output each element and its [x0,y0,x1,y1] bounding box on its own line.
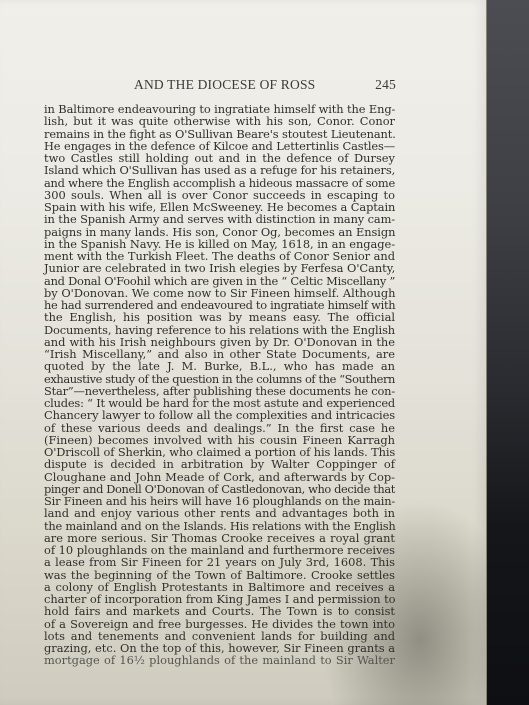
text-line: hold fairs and markets and Courts. The T… [44,605,395,617]
text-line: lish, but it was quite otherwise with hi… [44,115,395,127]
text-line: in the Spanish Army and serves with dist… [44,213,395,225]
running-head-title: AND THE DIOCESE OF ROSS [134,77,315,93]
text-line: and Donal O'Foohil which are given in th… [44,275,395,287]
text-line: of these various deeds and dealings.” In… [44,422,395,434]
text-line: of a Sovereign and free burgesses. He di… [44,618,395,630]
text-line: Chancery lawyer to follow all the comple… [44,409,395,421]
text-line: Junior are celebrated in two Irish elegi… [44,262,395,274]
text-line: remains in the fight as O'Sullivan Beare… [44,128,395,140]
text-line: Island which O'Sullivan has used as a re… [44,164,395,176]
text-line: land and enjoy various other rents and a… [44,507,395,519]
body-text: in Baltimore endeavouring to ingratiate … [44,103,395,667]
book-page: AND THE DIOCESE OF ROSS 245 in Baltimore… [0,0,487,705]
text-line: and where the English accomplish a hideo… [44,177,395,189]
text-line: the mainland and on the Islands. His rel… [44,520,395,532]
text-line: Documents, having reference to his relat… [44,324,395,336]
dark-background [485,0,529,705]
text-line: paigns in many lands. His son, Conor Og,… [44,226,395,238]
text-line: mortgage of 16½ ploughlands of the mainl… [44,654,395,666]
text-line: the English, his position was by means e… [44,311,395,323]
text-line: exhaustive study of the question in the … [44,373,395,385]
text-line: a lease from Sir Fineen for 21 years on … [44,556,395,568]
page-number: 245 [375,77,396,93]
text-line: dispute is decided in arbitration by Wal… [44,458,395,470]
text-line: Cloughane and John Meade of Cork, and af… [44,471,395,483]
running-head: AND THE DIOCESE OF ROSS 245 [134,77,396,93]
text-line: was the beginning of the Town of Baltimo… [44,569,395,581]
text-line: quoted by the late J. M. Burke, B.L., wh… [44,360,395,372]
